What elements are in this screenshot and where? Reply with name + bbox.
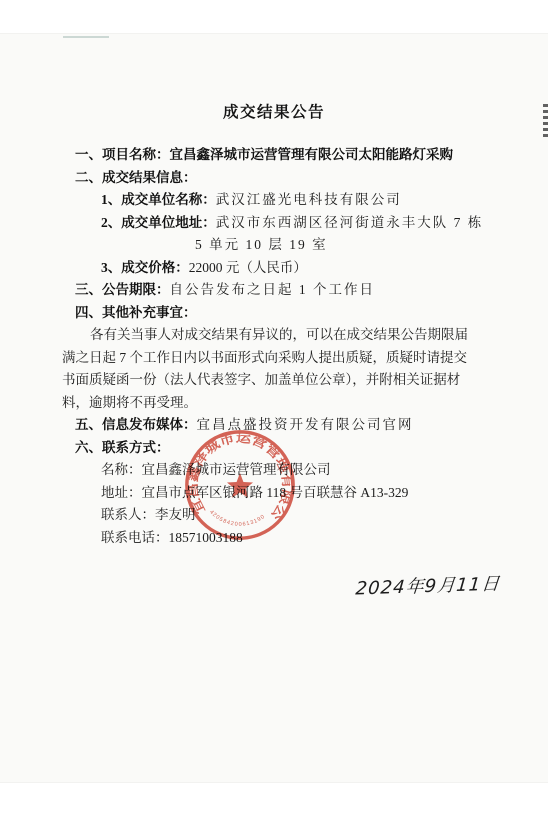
document-line: 四、其他补充事宜： <box>75 305 197 320</box>
line-value: 自公告发布之日起 1 个工作日 <box>170 282 376 297</box>
document-line: 名称：宜昌鑫泽城市运营管理有限公司 <box>101 462 331 477</box>
line-value: 宜昌鑫泽城市运营管理有限公司 <box>142 462 331 477</box>
document-line: 满之日起 7 个工作日内以书面形式向采购人提出质疑，质疑时请提交 <box>62 350 467 365</box>
document-line: 各有关当事人对成交结果有异议的，可以在成交结果公告期限届 <box>90 327 468 342</box>
line-value: 料，逾期将不再受理。 <box>62 395 197 410</box>
line-value: 武汉市东西湖区径河街道永丰大队 7 栋 <box>216 215 484 230</box>
document-line: 二、成交结果信息： <box>75 170 197 185</box>
line-value: 宜昌点盛投资开发有限公司官网 <box>197 417 414 432</box>
document-line: 2、成交单位地址：武汉市东西湖区径河街道永丰大队 7 栋 <box>101 215 483 230</box>
line-value: 各有关当事人对成交结果有异议的，可以在成交结果公告期限届 <box>90 327 468 342</box>
line-value: 满之日起 7 个工作日内以书面形式向采购人提出质疑，质疑时请提交 <box>62 350 467 365</box>
line-label: 联系电话： <box>101 530 169 545</box>
document-line: 地址：宜昌市点军区银河路 118 号百联慧谷 A13-329 <box>101 485 408 500</box>
document-line: 六、联系方式： <box>75 440 170 455</box>
line-value: 宜昌市点军区银河路 118 号百联慧谷 A13-329 <box>142 485 409 500</box>
line-label: 一、项目名称： <box>75 147 170 162</box>
document-line: 一、项目名称：宜昌鑫泽城市运营管理有限公司太阳能路灯采购 <box>75 147 453 162</box>
line-label: 2、成交单位地址： <box>101 215 216 230</box>
line-label: 六、联系方式： <box>75 440 170 455</box>
line-value: 5 单元 10 层 19 室 <box>195 237 328 252</box>
line-label: 名称： <box>101 462 142 477</box>
line-label: 联系人： <box>101 507 155 522</box>
line-label: 1、成交单位名称： <box>101 192 216 207</box>
scan-artifact-top <box>63 36 109 38</box>
document-line: 联系电话：18571003188 <box>101 530 243 545</box>
scanned-document: 成交结果公告 一、项目名称：宜昌鑫泽城市运营管理有限公司太阳能路灯采购二、成交结… <box>0 0 548 819</box>
document-line: 料，逾期将不再受理。 <box>62 395 197 410</box>
line-label: 3、成交价格： <box>101 260 189 275</box>
line-label: 地址： <box>101 485 142 500</box>
document-line: 联系人：李友明 <box>101 507 196 522</box>
line-label: 四、其他补充事宜： <box>75 305 197 320</box>
line-value: 宜昌鑫泽城市运营管理有限公司太阳能路灯采购 <box>170 147 454 162</box>
document-line: 五、信息发布媒体：宜昌点盛投资开发有限公司官网 <box>75 417 414 432</box>
handwritten-date: 2024年9月11日 <box>355 569 502 600</box>
page-title: 成交结果公告 <box>0 100 548 122</box>
line-value: 武汉江盛光电科技有限公司 <box>216 192 402 207</box>
line-value: 书面质疑函一份（法人代表签字、加盖单位公章），并附相关证据材 <box>62 372 460 387</box>
document-line: 3、成交价格：22000 元（人民币） <box>101 260 307 275</box>
document-line: 书面质疑函一份（法人代表签字、加盖单位公章），并附相关证据材 <box>62 372 460 387</box>
line-label: 二、成交结果信息： <box>75 170 197 185</box>
document-line: 三、公告期限：自公告发布之日起 1 个工作日 <box>75 282 375 297</box>
line-label: 三、公告期限： <box>75 282 170 297</box>
line-label: 五、信息发布媒体： <box>75 417 197 432</box>
document-line: 5 单元 10 层 19 室 <box>195 237 328 252</box>
line-value: 22000 元（人民币） <box>189 260 307 275</box>
line-value: 18571003188 <box>169 530 243 545</box>
line-value: 李友明 <box>155 507 196 522</box>
document-line: 1、成交单位名称：武汉江盛光电科技有限公司 <box>101 192 402 207</box>
